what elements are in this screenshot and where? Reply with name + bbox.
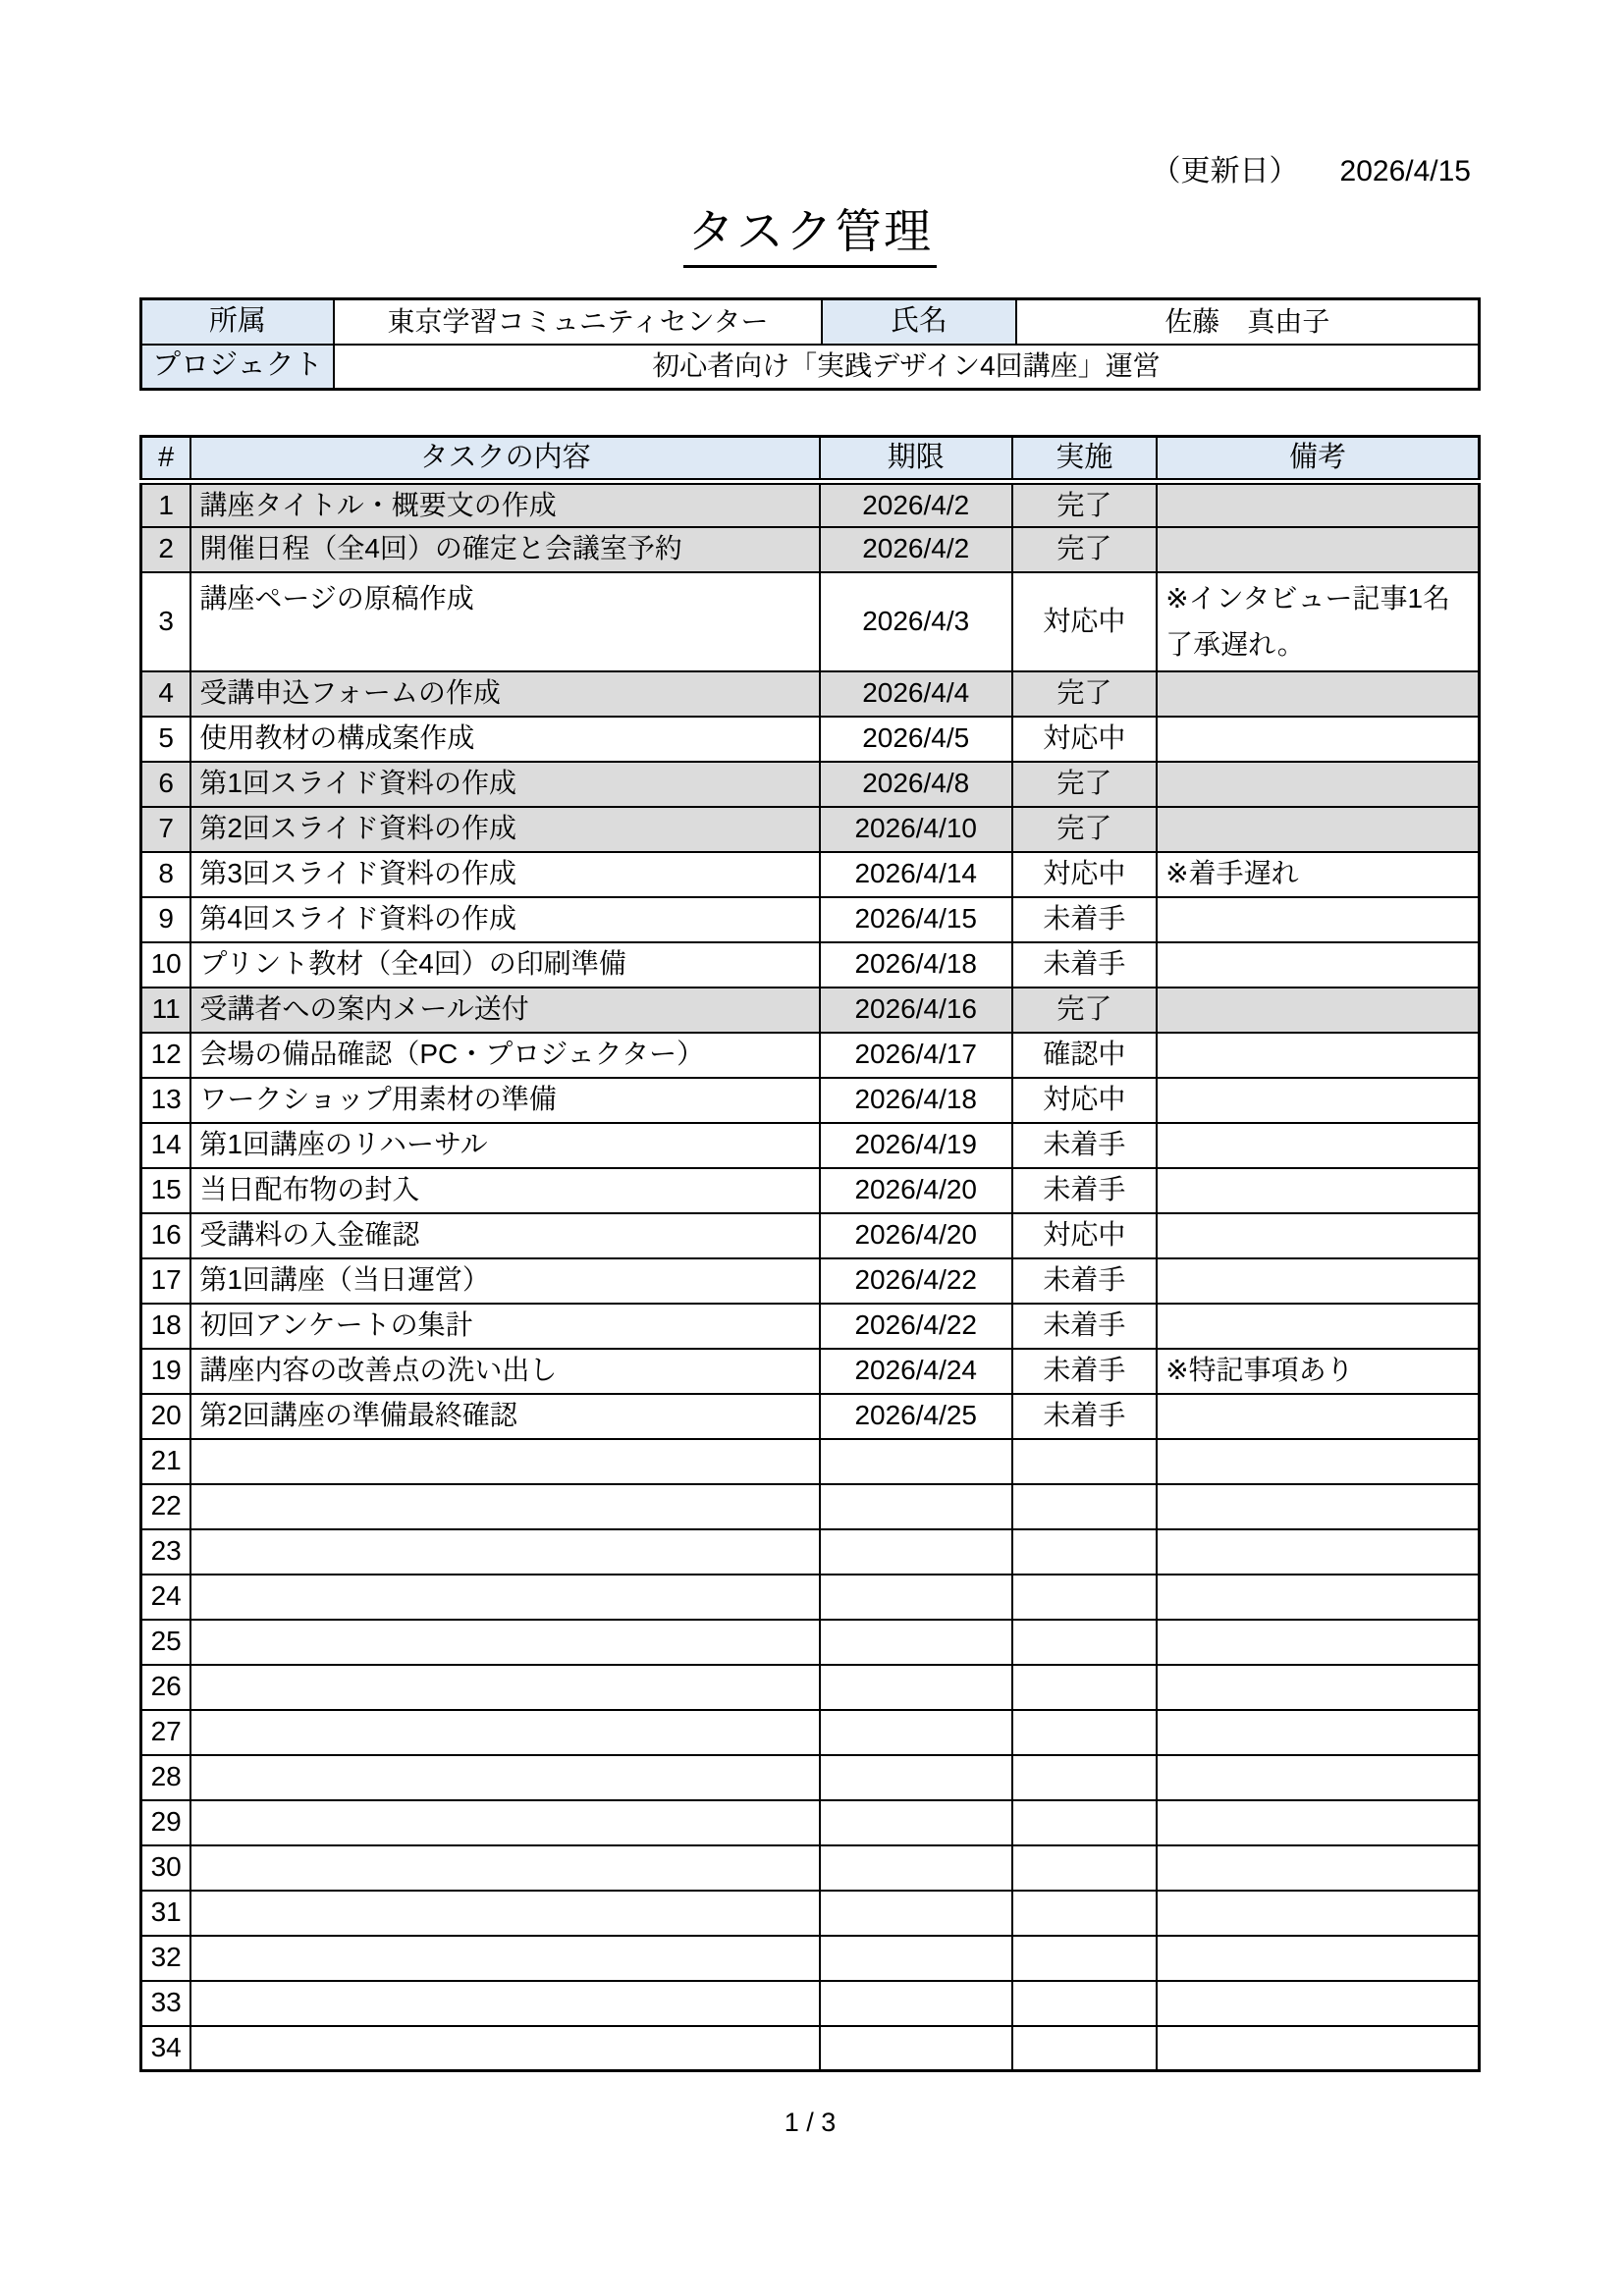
task-note-cell xyxy=(1157,2026,1479,2071)
task-note-cell xyxy=(1157,671,1479,717)
task-note-cell xyxy=(1157,1078,1479,1123)
task-note-cell xyxy=(1157,1168,1479,1213)
task-status-cell: 未着手 xyxy=(1012,1349,1158,1394)
task-note-cell xyxy=(1157,807,1479,852)
task-note-cell xyxy=(1157,942,1479,988)
task-note-cell xyxy=(1157,1710,1479,1755)
task-status-cell: 対応中 xyxy=(1012,717,1158,762)
task-due-cell: 2026/4/16 xyxy=(820,988,1012,1033)
task-number-cell: 18 xyxy=(141,1304,191,1349)
task-number-cell: 24 xyxy=(141,1575,191,1620)
task-due-cell xyxy=(820,1529,1012,1575)
task-status-cell: 完了 xyxy=(1012,807,1158,852)
task-number-cell: 17 xyxy=(141,1258,191,1304)
task-number-cell: 2 xyxy=(141,527,191,572)
task-number-cell: 34 xyxy=(141,2026,191,2071)
task-note-cell xyxy=(1157,1529,1479,1575)
task-row: 20第2回講座の準備最終確認2026/4/25未着手 xyxy=(141,1394,1480,1439)
task-note-cell: ※着手遅れ xyxy=(1157,852,1479,897)
task-status-cell xyxy=(1012,2026,1158,2071)
task-row: 9第4回スライド資料の作成2026/4/15未着手 xyxy=(141,897,1480,942)
task-row: 4受講申込フォームの作成2026/4/4完了 xyxy=(141,671,1480,717)
task-number-cell: 25 xyxy=(141,1620,191,1665)
task-name-cell xyxy=(190,1891,820,1936)
task-name-cell: 初回アンケートの集計 xyxy=(190,1304,820,1349)
document-page: （更新日）2026/4/15 タスク管理 所属 東京学習コミュニティセンター 氏… xyxy=(0,0,1624,2296)
task-row: 31 xyxy=(141,1891,1480,1936)
task-note-cell xyxy=(1157,988,1479,1033)
task-due-cell xyxy=(820,1936,1012,1981)
task-number-cell: 14 xyxy=(141,1123,191,1168)
task-due-cell xyxy=(820,1710,1012,1755)
task-status-cell xyxy=(1012,1484,1158,1529)
task-table-header-row: # タスクの内容 期限 実施 備考 xyxy=(141,437,1480,482)
task-note-cell xyxy=(1157,482,1479,527)
task-row: 22 xyxy=(141,1484,1480,1529)
task-number-cell: 21 xyxy=(141,1439,191,1484)
task-row: 19講座内容の改善点の洗い出し2026/4/24未着手※特記事項あり xyxy=(141,1349,1480,1394)
task-number-cell: 33 xyxy=(141,1981,191,2026)
task-row: 12会場の備品確認（PC・プロジェクター）2026/4/17確認中 xyxy=(141,1033,1480,1078)
task-due-cell xyxy=(820,1891,1012,1936)
task-name-cell: 開催日程（全4回）の確定と会議室予約 xyxy=(190,527,820,572)
task-number-cell: 16 xyxy=(141,1213,191,1258)
task-note-cell xyxy=(1157,762,1479,807)
task-row: 30 xyxy=(141,1845,1480,1891)
task-note-cell xyxy=(1157,1575,1479,1620)
task-row: 32 xyxy=(141,1936,1480,1981)
task-status-cell: 未着手 xyxy=(1012,1168,1158,1213)
task-status-cell: 完了 xyxy=(1012,762,1158,807)
task-number-cell: 28 xyxy=(141,1755,191,1800)
task-number-cell: 32 xyxy=(141,1936,191,1981)
task-due-cell xyxy=(820,1845,1012,1891)
task-row: 13ワークショップ用素材の準備2026/4/18対応中 xyxy=(141,1078,1480,1123)
task-number-cell: 3 xyxy=(141,572,191,671)
task-row: 14第1回講座のリハーサル2026/4/19未着手 xyxy=(141,1123,1480,1168)
task-due-cell: 2026/4/18 xyxy=(820,1078,1012,1123)
task-due-cell: 2026/4/25 xyxy=(820,1394,1012,1439)
task-number-cell: 10 xyxy=(141,942,191,988)
task-row: 27 xyxy=(141,1710,1480,1755)
task-number-cell: 11 xyxy=(141,988,191,1033)
task-number-cell: 26 xyxy=(141,1665,191,1710)
task-status-cell: 未着手 xyxy=(1012,1258,1158,1304)
task-status-cell: 対応中 xyxy=(1012,572,1158,671)
task-due-cell: 2026/4/2 xyxy=(820,482,1012,527)
task-due-cell: 2026/4/18 xyxy=(820,942,1012,988)
info-table: 所属 東京学習コミュニティセンター 氏名 佐藤 真由子 プロジェクト 初心者向け… xyxy=(139,297,1481,391)
task-due-cell xyxy=(820,1575,1012,1620)
task-number-cell: 8 xyxy=(141,852,191,897)
task-note-cell xyxy=(1157,1981,1479,2026)
task-name-cell xyxy=(190,1845,820,1891)
task-note-cell xyxy=(1157,1484,1479,1529)
task-status-cell xyxy=(1012,1845,1158,1891)
task-row: 34 xyxy=(141,2026,1480,2071)
name-value-cell: 佐藤 真由子 xyxy=(1016,299,1480,345)
task-due-cell: 2026/4/19 xyxy=(820,1123,1012,1168)
task-number-cell: 4 xyxy=(141,671,191,717)
header-number: # xyxy=(141,437,191,482)
task-name-cell xyxy=(190,1575,820,1620)
task-due-cell: 2026/4/10 xyxy=(820,807,1012,852)
task-row: 16受講料の入金確認2026/4/20対応中 xyxy=(141,1213,1480,1258)
task-number-cell: 5 xyxy=(141,717,191,762)
task-number-cell: 7 xyxy=(141,807,191,852)
task-row: 33 xyxy=(141,1981,1480,2026)
task-name-cell: 受講者への案内メール送付 xyxy=(190,988,820,1033)
task-note-cell: ※特記事項あり xyxy=(1157,1349,1479,1394)
task-due-cell: 2026/4/20 xyxy=(820,1213,1012,1258)
task-due-cell xyxy=(820,1755,1012,1800)
task-number-cell: 1 xyxy=(141,482,191,527)
task-name-cell xyxy=(190,1755,820,1800)
task-number-cell: 9 xyxy=(141,897,191,942)
task-row: 8第3回スライド資料の作成2026/4/14対応中※着手遅れ xyxy=(141,852,1480,897)
header-task: タスクの内容 xyxy=(190,437,820,482)
task-number-cell: 29 xyxy=(141,1800,191,1845)
task-name-cell: 第2回スライド資料の作成 xyxy=(190,807,820,852)
task-row: 5使用教材の構成案作成2026/4/5対応中 xyxy=(141,717,1480,762)
task-name-cell xyxy=(190,1665,820,1710)
task-due-cell: 2026/4/22 xyxy=(820,1258,1012,1304)
task-status-cell xyxy=(1012,1575,1158,1620)
task-number-cell: 23 xyxy=(141,1529,191,1575)
task-row: 21 xyxy=(141,1439,1480,1484)
task-row: 28 xyxy=(141,1755,1480,1800)
task-note-cell xyxy=(1157,527,1479,572)
task-note-cell xyxy=(1157,717,1479,762)
header-due: 期限 xyxy=(820,437,1012,482)
update-date-line: （更新日）2026/4/15 xyxy=(139,153,1481,190)
task-status-cell: 完了 xyxy=(1012,988,1158,1033)
affiliation-value-cell: 東京学習コミュニティセンター xyxy=(334,299,822,345)
task-row: 18初回アンケートの集計2026/4/22未着手 xyxy=(141,1304,1480,1349)
task-name-cell: プリント教材（全4回）の印刷準備 xyxy=(190,942,820,988)
task-name-cell xyxy=(190,1936,820,1981)
task-name-cell xyxy=(190,1529,820,1575)
task-status-cell: 未着手 xyxy=(1012,942,1158,988)
task-name-cell: 使用教材の構成案作成 xyxy=(190,717,820,762)
task-row: 10プリント教材（全4回）の印刷準備2026/4/18未着手 xyxy=(141,942,1480,988)
task-name-cell: 受講料の入金確認 xyxy=(190,1213,820,1258)
task-row: 29 xyxy=(141,1800,1480,1845)
task-status-cell: 対応中 xyxy=(1012,1213,1158,1258)
task-name-cell xyxy=(190,1439,820,1484)
task-status-cell xyxy=(1012,1620,1158,1665)
task-status-cell: 完了 xyxy=(1012,482,1158,527)
task-status-cell: 未着手 xyxy=(1012,897,1158,942)
task-note-cell xyxy=(1157,1800,1479,1845)
task-name-cell: 会場の備品確認（PC・プロジェクター） xyxy=(190,1033,820,1078)
task-due-cell xyxy=(820,2026,1012,2071)
task-note-cell xyxy=(1157,1123,1479,1168)
task-number-cell: 19 xyxy=(141,1349,191,1394)
task-note-cell xyxy=(1157,897,1479,942)
task-name-cell: 第2回講座の準備最終確認 xyxy=(190,1394,820,1439)
header-note: 備考 xyxy=(1157,437,1479,482)
task-number-cell: 31 xyxy=(141,1891,191,1936)
task-number-cell: 30 xyxy=(141,1845,191,1891)
task-name-cell: 第1回講座のリハーサル xyxy=(190,1123,820,1168)
task-note-cell xyxy=(1157,1258,1479,1304)
task-status-cell xyxy=(1012,1981,1158,2026)
task-status-cell: 確認中 xyxy=(1012,1033,1158,1078)
task-number-cell: 13 xyxy=(141,1078,191,1123)
task-due-cell xyxy=(820,1665,1012,1710)
task-due-cell: 2026/4/22 xyxy=(820,1304,1012,1349)
task-name-cell: 受講申込フォームの作成 xyxy=(190,671,820,717)
task-status-cell xyxy=(1012,1891,1158,1936)
task-row: 7第2回スライド資料の作成2026/4/10完了 xyxy=(141,807,1480,852)
task-status-cell: 未着手 xyxy=(1012,1304,1158,1349)
task-name-cell: 第1回スライド資料の作成 xyxy=(190,762,820,807)
task-note-cell xyxy=(1157,1394,1479,1439)
task-name-cell: 第1回講座（当日運営） xyxy=(190,1258,820,1304)
task-row: 17第1回講座（当日運営）2026/4/22未着手 xyxy=(141,1258,1480,1304)
update-date-label: （更新日） xyxy=(1152,155,1299,187)
task-due-cell: 2026/4/2 xyxy=(820,527,1012,572)
task-note-cell xyxy=(1157,1845,1479,1891)
task-status-cell xyxy=(1012,1710,1158,1755)
task-number-cell: 12 xyxy=(141,1033,191,1078)
task-name-cell xyxy=(190,1620,820,1665)
task-note-cell xyxy=(1157,1439,1479,1484)
task-status-cell xyxy=(1012,1936,1158,1981)
task-status-cell xyxy=(1012,1439,1158,1484)
task-status-cell: 対応中 xyxy=(1012,1078,1158,1123)
task-name-cell xyxy=(190,2026,820,2071)
task-due-cell: 2026/4/3 xyxy=(820,572,1012,671)
task-note-cell xyxy=(1157,1665,1479,1710)
info-row-project: プロジェクト 初心者向け「実践デザイン4回講座」運営 xyxy=(141,345,1480,390)
project-value-cell: 初心者向け「実践デザイン4回講座」運営 xyxy=(334,345,1480,390)
task-due-cell xyxy=(820,1981,1012,2026)
task-due-cell: 2026/4/5 xyxy=(820,717,1012,762)
task-name-cell xyxy=(190,1981,820,2026)
task-row: 6第1回スライド資料の作成2026/4/8完了 xyxy=(141,762,1480,807)
task-status-cell: 完了 xyxy=(1012,671,1158,717)
task-number-cell: 15 xyxy=(141,1168,191,1213)
task-row: 24 xyxy=(141,1575,1480,1620)
task-row: 15当日配布物の封入2026/4/20未着手 xyxy=(141,1168,1480,1213)
task-name-cell xyxy=(190,1484,820,1529)
page-content: （更新日）2026/4/15 タスク管理 所属 東京学習コミュニティセンター 氏… xyxy=(139,0,1481,2138)
task-status-cell: 完了 xyxy=(1012,527,1158,572)
task-due-cell: 2026/4/20 xyxy=(820,1168,1012,1213)
task-due-cell: 2026/4/17 xyxy=(820,1033,1012,1078)
task-row: 25 xyxy=(141,1620,1480,1665)
task-due-cell xyxy=(820,1800,1012,1845)
task-status-cell xyxy=(1012,1529,1158,1575)
task-row: 11受講者への案内メール送付2026/4/16完了 xyxy=(141,988,1480,1033)
task-number-cell: 20 xyxy=(141,1394,191,1439)
task-name-cell: 第4回スライド資料の作成 xyxy=(190,897,820,942)
task-note-cell xyxy=(1157,1620,1479,1665)
task-note-cell xyxy=(1157,1891,1479,1936)
task-name-cell xyxy=(190,1710,820,1755)
page-number: 1 / 3 xyxy=(139,2108,1481,2138)
task-row: 23 xyxy=(141,1529,1480,1575)
task-number-cell: 27 xyxy=(141,1710,191,1755)
task-row: 26 xyxy=(141,1665,1480,1710)
task-status-cell xyxy=(1012,1665,1158,1710)
task-status-cell: 未着手 xyxy=(1012,1394,1158,1439)
task-due-cell: 2026/4/14 xyxy=(820,852,1012,897)
affiliation-label-cell: 所属 xyxy=(141,299,334,345)
task-note-cell xyxy=(1157,1033,1479,1078)
task-status-cell xyxy=(1012,1800,1158,1845)
task-due-cell xyxy=(820,1484,1012,1529)
task-row: 1講座タイトル・概要文の作成2026/4/2完了 xyxy=(141,482,1480,527)
task-due-cell xyxy=(820,1439,1012,1484)
task-status-cell: 未着手 xyxy=(1012,1123,1158,1168)
title-wrap: タスク管理 xyxy=(139,204,1481,268)
page-title: タスク管理 xyxy=(683,204,937,268)
task-row: 3講座ページの原稿作成2026/4/3対応中※インタビュー記事1名了承遅れ。 xyxy=(141,572,1480,671)
task-name-cell: 講座内容の改善点の洗い出し xyxy=(190,1349,820,1394)
task-note-cell: ※インタビュー記事1名了承遅れ。 xyxy=(1157,572,1479,671)
task-name-cell: ワークショップ用素材の準備 xyxy=(190,1078,820,1123)
task-number-cell: 6 xyxy=(141,762,191,807)
task-due-cell: 2026/4/4 xyxy=(820,671,1012,717)
task-number-cell: 22 xyxy=(141,1484,191,1529)
task-due-cell: 2026/4/8 xyxy=(820,762,1012,807)
task-note-cell xyxy=(1157,1304,1479,1349)
name-label-cell: 氏名 xyxy=(822,299,1016,345)
update-date-value: 2026/4/15 xyxy=(1340,155,1471,187)
info-row-affiliation: 所属 東京学習コミュニティセンター 氏名 佐藤 真由子 xyxy=(141,299,1480,345)
task-table: # タスクの内容 期限 実施 備考 1講座タイトル・概要文の作成2026/4/2… xyxy=(139,435,1481,2072)
task-name-cell: 第3回スライド資料の作成 xyxy=(190,852,820,897)
header-status: 実施 xyxy=(1012,437,1158,482)
task-due-cell: 2026/4/24 xyxy=(820,1349,1012,1394)
project-label-cell: プロジェクト xyxy=(141,345,334,390)
task-status-cell: 対応中 xyxy=(1012,852,1158,897)
task-name-cell: 当日配布物の封入 xyxy=(190,1168,820,1213)
task-row: 2開催日程（全4回）の確定と会議室予約2026/4/2完了 xyxy=(141,527,1480,572)
task-status-cell xyxy=(1012,1755,1158,1800)
task-note-cell xyxy=(1157,1936,1479,1981)
task-name-cell: 講座ページの原稿作成 xyxy=(190,572,820,671)
task-due-cell xyxy=(820,1620,1012,1665)
task-name-cell xyxy=(190,1800,820,1845)
task-due-cell: 2026/4/15 xyxy=(820,897,1012,942)
task-note-cell xyxy=(1157,1755,1479,1800)
task-note-cell xyxy=(1157,1213,1479,1258)
task-name-cell: 講座タイトル・概要文の作成 xyxy=(190,482,820,527)
